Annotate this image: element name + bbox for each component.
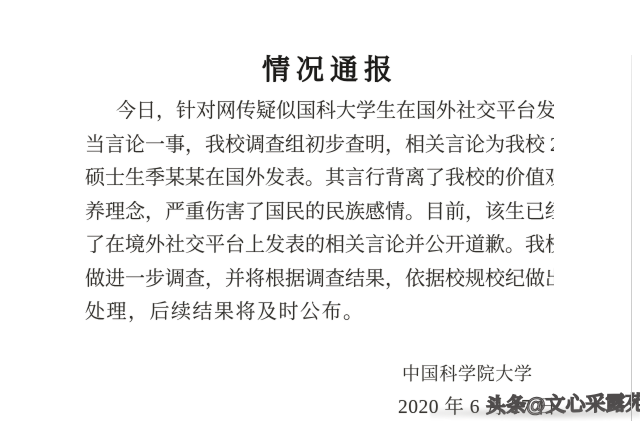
- body-line: 了在境外社交平台上发表的相关言论并公开道歉。我校正在: [85, 229, 554, 263]
- body-line: 处理，后续结果将及时公布。: [85, 296, 554, 330]
- body-line: 硕士生季某某在国外发表。其言行背离了我校的价值观和培: [85, 162, 554, 196]
- document-body: 今日，针对网传疑似国科大学生在国外社交平台发表不 当言论一事，我校调查组初步查明…: [85, 95, 554, 330]
- signature-org-name: 中国科学院大学: [402, 362, 532, 386]
- body-line: 当言论一事，我校调查组初步查明，相关言论为我校 2019 级: [85, 129, 554, 163]
- body-line: 养理念，严重伤害了国民的民族感情。目前，该生已经删除: [85, 196, 554, 230]
- body-line: 今日，针对网传疑似国科大学生在国外社交平台发表不: [85, 95, 554, 129]
- scan-smudge: [430, 405, 640, 421]
- scanned-notice-document: 情况通报 今日，针对网传疑似国科大学生在国外社交平台发表不 当言论一事，我校调查…: [0, 0, 640, 421]
- scan-edge-line: [631, 55, 632, 421]
- body-line: 做进一步调查，并将根据调查结果，依据校规校纪做出严肃: [85, 263, 554, 297]
- document-title: 情况通报: [0, 48, 640, 88]
